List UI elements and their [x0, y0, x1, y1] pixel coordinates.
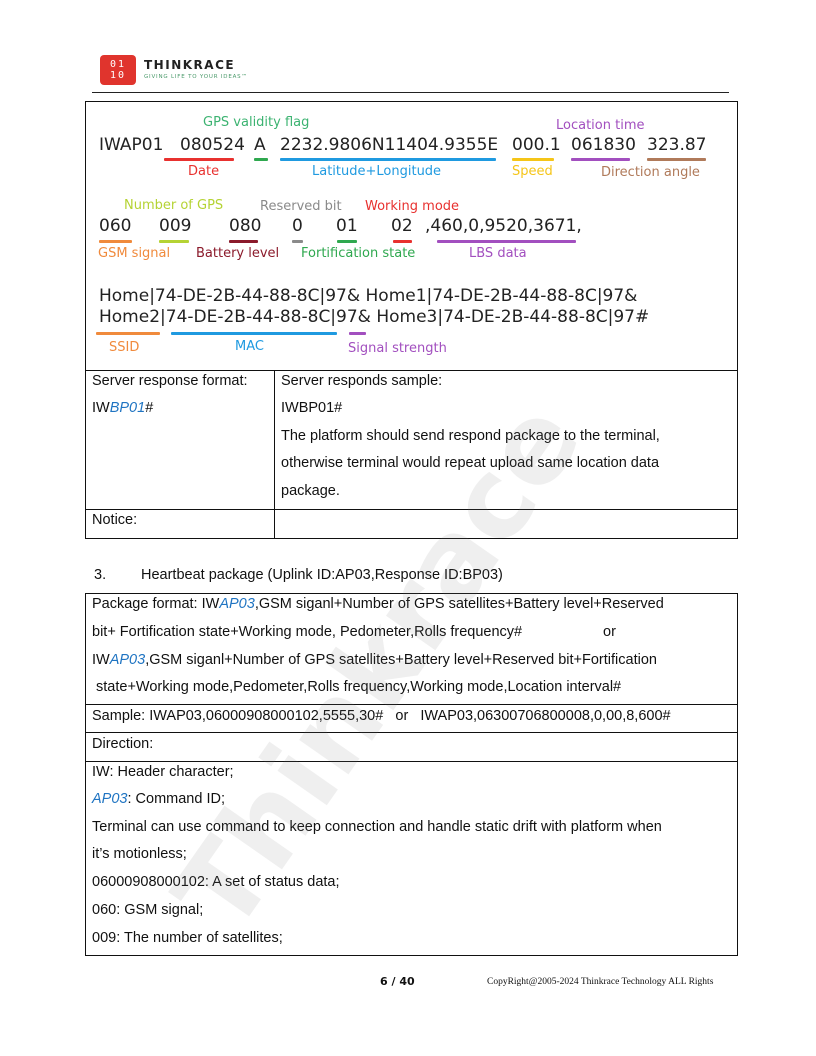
notice-label: Notice:	[92, 512, 137, 528]
package-format-or: or	[603, 624, 616, 640]
server-sample-desc: package.	[281, 483, 340, 499]
command-id: AP03	[92, 791, 127, 807]
label-speed: Speed	[512, 164, 553, 179]
direction-cmd: AP03: Command ID;	[92, 791, 225, 807]
package-format-line: IWAP03,GSM siganl+Number of GPS satellit…	[92, 652, 657, 668]
underline-latlng	[280, 158, 496, 161]
token-time: 061830	[571, 135, 636, 155]
underline-working-mode	[393, 240, 412, 243]
direction-status: 06000908000102: A set of status data;	[92, 874, 340, 890]
package-format-line: state+Working mode,Pedometer,Rolls frequ…	[92, 679, 621, 695]
logo-digits-bottom: 10	[100, 70, 136, 81]
underline-ssid	[96, 332, 160, 335]
underline-date	[180, 158, 234, 161]
package-format-line: Package format: IWAP03,GSM siganl+Number…	[92, 596, 664, 612]
suffix: #	[145, 400, 153, 416]
logo-icon: 01 10	[100, 55, 136, 85]
text: ,GSM siganl+Number of GPS satellites+Bat…	[255, 596, 664, 612]
server-sample-value: IWBP01#	[281, 400, 342, 416]
label-latlng: Latitude+Longitude	[312, 164, 441, 179]
package-format-line: bit+ Fortification state+Working mode, P…	[92, 624, 522, 640]
server-sample-desc: otherwise terminal would repeat upload s…	[281, 455, 659, 471]
token-fortification: 01	[336, 216, 358, 236]
section-title: Heartbeat package (Uplink ID:AP03,Respon…	[141, 567, 503, 583]
copyright: CopyRight@2005-2024 Thinkrace Technology…	[487, 977, 713, 987]
label-date: Date	[188, 164, 219, 179]
token-latlng: 2232.9806N11404.9355E	[280, 135, 498, 155]
token-lbs: ,460,0,9520,3671,	[425, 216, 582, 236]
direction-label: Direction:	[92, 736, 153, 752]
label-mac: MAC	[235, 339, 264, 354]
divider	[85, 370, 738, 371]
text: : Command ID;	[127, 791, 225, 807]
underline-battery	[229, 240, 258, 243]
token-reserved: 0	[292, 216, 303, 236]
underline-direction	[647, 158, 706, 161]
underline-time	[571, 158, 630, 161]
text: IW	[92, 652, 110, 668]
label-gsm: GSM signal	[98, 246, 170, 261]
brand-tagline: GIVING LIFE TO YOUR IDEAS™	[144, 74, 248, 80]
server-response-format-value: IWBP01#	[92, 400, 153, 416]
direction-gsm: 060: GSM signal;	[92, 902, 203, 918]
label-lbs: LBS data	[469, 246, 527, 261]
token-battery: 080	[229, 216, 261, 236]
divider	[85, 732, 738, 733]
underline-speed	[512, 158, 554, 161]
server-sample-label: Server responds sample:	[281, 373, 442, 389]
header-divider	[92, 92, 729, 93]
label-signal: Signal strength	[348, 341, 447, 356]
label-battery: Battery level	[196, 246, 279, 261]
logo-digits-top: 01	[100, 59, 136, 70]
divider	[274, 370, 275, 539]
wifi-line-2: Home2|74-DE-2B-44-88-8C|97& Home3|74-DE-…	[99, 307, 649, 327]
token-speed: 000.1	[512, 135, 561, 155]
label-reserved: Reserved bit	[260, 199, 342, 214]
label-working-mode: Working mode	[365, 199, 459, 214]
text: Package format: IW	[92, 596, 219, 612]
token-validity: A	[254, 135, 266, 155]
token-num-gps: 009	[159, 216, 191, 236]
direction-iw: IW: Header character;	[92, 764, 234, 780]
label-num-gps: Number of GPS	[124, 198, 223, 213]
underline-mac	[171, 332, 337, 335]
server-response-format-label: Server response format:	[92, 373, 248, 389]
label-gps-validity: GPS validity flag	[203, 115, 309, 130]
divider	[85, 509, 738, 510]
token-direction: 323.87	[647, 135, 706, 155]
underline-gsm	[99, 240, 132, 243]
page-number: 6 / 40	[380, 975, 415, 988]
underline-fortification	[337, 240, 357, 243]
prefix: IW	[92, 400, 110, 416]
underline-num-gps	[159, 240, 189, 243]
label-fortification: Fortification state	[301, 246, 415, 261]
server-sample-desc: The platform should send respond package…	[281, 428, 660, 444]
command-id: BP01	[110, 400, 145, 416]
text: ,GSM siganl+Number of GPS satellites+Bat…	[145, 652, 657, 668]
divider	[85, 761, 738, 762]
command-id: AP03	[219, 596, 254, 612]
command-id: AP03	[110, 652, 145, 668]
label-direction: Direction angle	[601, 165, 700, 180]
underline-lbs	[437, 240, 576, 243]
token-command: IWAP01	[99, 135, 163, 155]
section-number: 3.	[94, 567, 106, 583]
token-date: 080524	[180, 135, 245, 155]
divider	[85, 704, 738, 705]
sample-line: Sample: IWAP03,06000908000102,5555,30# o…	[92, 708, 671, 724]
underline-validity	[254, 158, 268, 161]
token-gsm: 060	[99, 216, 131, 236]
label-location-time: Location time	[556, 118, 645, 133]
wifi-line-1: Home|74-DE-2B-44-88-8C|97& Home1|74-DE-2…	[99, 286, 637, 306]
label-ssid: SSID	[109, 340, 139, 355]
direction-sats: 009: The number of satellites;	[92, 930, 283, 946]
underline-signal	[349, 332, 366, 335]
underline-reserved	[292, 240, 303, 243]
direction-desc: Terminal can use command to keep connect…	[92, 819, 662, 835]
direction-desc: it’s motionless;	[92, 846, 187, 862]
brand-name: THINKRACE	[144, 58, 235, 72]
token-working-mode: 02	[391, 216, 413, 236]
